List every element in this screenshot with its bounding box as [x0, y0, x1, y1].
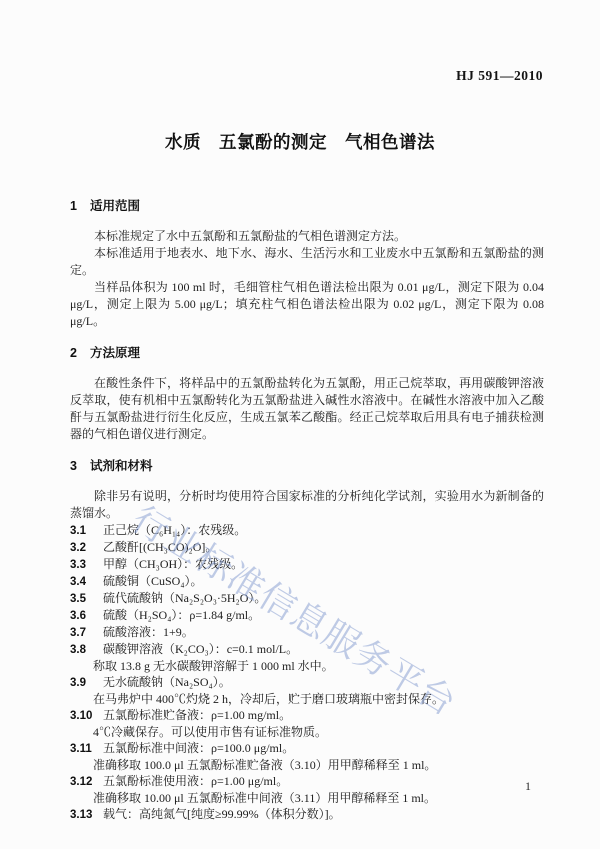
section-heading-2: 2方法原理 [70, 345, 544, 362]
section-body-1: 本标准规定了水中五氯酚和五氯酚盐的气相色谱测定方法。 本标准适用于地表水、地下水… [70, 228, 544, 330]
item-text: 甲醇（CH₃OH）：农残级。 [103, 557, 243, 571]
item-text: 乙酸酐[(CH₃CO)₂O]。 [103, 540, 217, 554]
item-text: 硫酸铜（CuSO₄）。 [103, 574, 203, 588]
item-number: 3.6 [70, 608, 94, 624]
item-number: 3.11 [70, 741, 94, 757]
list-item: 3.3甲醇（CH₃OH）：农残级。 [70, 556, 544, 573]
item-number: 3.12 [70, 774, 94, 790]
reagent-list: 3.1正己烷（C₆H₁₄）：农残级。 3.2乙酸酐[(CH₃CO)₂O]。 3.… [70, 522, 544, 823]
item-note: 称取 13.8 g 无水碳酸钾溶解于 1 000 ml 水中。 [70, 658, 544, 674]
section-number: 1 [70, 198, 77, 215]
section-number: 2 [70, 345, 77, 362]
section-label: 试剂和材料 [90, 459, 153, 473]
list-item: 3.11五氯酚标准中间液：ρ=100.0 μg/ml。 [70, 740, 544, 757]
item-note: 4℃冷藏保存。可以使用市售有证标准物质。 [70, 724, 544, 740]
list-item: 3.7硫酸溶液：1+9。 [70, 624, 544, 641]
item-number: 3.1 [70, 523, 94, 539]
item-note: 准确移取 10.00 μl 五氯酚标准中间液（3.11）用甲醇稀释至 1 ml。 [70, 790, 544, 806]
item-text: 硫代硫酸钠（Na₂S₂O₃·5H₂O）。 [103, 591, 266, 605]
item-text: 正己烷（C₆H₁₄）：农残级。 [103, 523, 246, 537]
item-number: 3.5 [70, 591, 94, 607]
item-number: 3.7 [70, 625, 94, 641]
paragraph: 当样品体积为 100 ml 时，毛细管柱气相色谱法检出限为 0.01 μg/L，… [70, 279, 544, 330]
item-note: 在马弗炉中 400℃灼烧 2 h，冷却后，贮于磨口玻璃瓶中密封保存。 [70, 691, 544, 707]
item-text: 硫酸溶液：1+9。 [103, 625, 194, 639]
paragraph: 在酸性条件下，将样品中的五氯酚盐转化为五氯酚，用正己烷萃取，再用碳酸钾溶液反萃取… [70, 375, 544, 443]
list-item: 3.6硫酸（H₂SO₄）：ρ=1.84 g/ml。 [70, 607, 544, 624]
item-text: 五氯酚标准中间液：ρ=100.0 μg/ml。 [103, 741, 294, 755]
list-item: 3.10五氯酚标准贮备液：ρ=1.00 mg/ml。 [70, 707, 544, 724]
standard-code: HJ 591—2010 [456, 68, 543, 83]
paragraph: 本标准适用于地表水、地下水、海水、生活污水和工业废水中五氯酚和五氯酚盐的测定。 [70, 245, 544, 279]
section-label: 适用范围 [90, 199, 140, 213]
list-item: 3.4硫酸铜（CuSO₄）。 [70, 573, 544, 590]
item-number: 3.2 [70, 540, 94, 556]
list-item: 3.1正己烷（C₆H₁₄）：农残级。 [70, 522, 544, 539]
section-body-2: 在酸性条件下，将样品中的五氯酚盐转化为五氯酚，用正己烷萃取，再用碳酸钾溶液反萃取… [70, 375, 544, 443]
item-number: 3.10 [70, 708, 94, 724]
item-text: 硫酸（H₂SO₄）：ρ=1.84 g/ml。 [103, 608, 260, 622]
paragraph: 本标准规定了水中五氯酚和五氯酚盐的气相色谱测定方法。 [70, 228, 544, 245]
section-heading-3: 3试剂和材料 [70, 458, 544, 475]
section-body-3: 除非另有说明，分析时均使用符合国家标准的分析纯化学试剂，实验用水为新制备的蒸馏水… [70, 488, 544, 823]
item-number: 3.13 [70, 807, 94, 823]
list-item: 3.8碳酸钾溶液（K₂CO₃）：c=0.1 mol/L。 [70, 641, 544, 658]
item-number: 3.4 [70, 574, 94, 590]
item-text: 无水硫酸钠（Na₂SO₄）。 [103, 675, 231, 689]
document-content: 1适用范围 本标准规定了水中五氯酚和五氯酚盐的气相色谱测定方法。 本标准适用于地… [0, 198, 600, 823]
item-number: 3.8 [70, 642, 94, 658]
section-label: 方法原理 [90, 346, 140, 360]
list-item: 3.12五氯酚标准使用液：ρ=1.00 μg/ml。 [70, 773, 544, 790]
section-number: 3 [70, 458, 77, 475]
item-text: 载气：高纯氮气[纯度≥99.99%（体积分数）]。 [103, 807, 341, 821]
item-note: 准确移取 100.0 μl 五氯酚标准贮备液（3.10）用甲醇稀释至 1 ml。 [70, 757, 544, 773]
list-item: 3.5硫代硫酸钠（Na₂S₂O₃·5H₂O）。 [70, 590, 544, 607]
item-text: 五氯酚标准使用液：ρ=1.00 μg/ml。 [103, 774, 288, 788]
section-heading-1: 1适用范围 [70, 198, 544, 215]
item-text: 五氯酚标准贮备液：ρ=1.00 mg/ml。 [103, 708, 291, 722]
item-number: 3.9 [70, 675, 94, 691]
item-text: 碳酸钾溶液（K₂CO₃）：c=0.1 mol/L。 [103, 642, 298, 656]
document-page: HJ 591—2010 水质 五氯酚的测定 气相色谱法 1适用范围 本标准规定了… [0, 0, 600, 849]
list-item: 3.13载气：高纯氮气[纯度≥99.99%（体积分数）]。 [70, 806, 544, 823]
item-number: 3.3 [70, 557, 94, 573]
list-item: 3.9无水硫酸钠（Na₂SO₄）。 [70, 674, 544, 691]
document-title: 水质 五氯酚的测定 气相色谱法 [0, 130, 600, 154]
page-header: HJ 591—2010 [0, 0, 600, 85]
page-number: 1 [525, 779, 531, 794]
list-item: 3.2乙酸酐[(CH₃CO)₂O]。 [70, 539, 544, 556]
paragraph: 除非另有说明，分析时均使用符合国家标准的分析纯化学试剂，实验用水为新制备的蒸馏水… [70, 488, 544, 522]
